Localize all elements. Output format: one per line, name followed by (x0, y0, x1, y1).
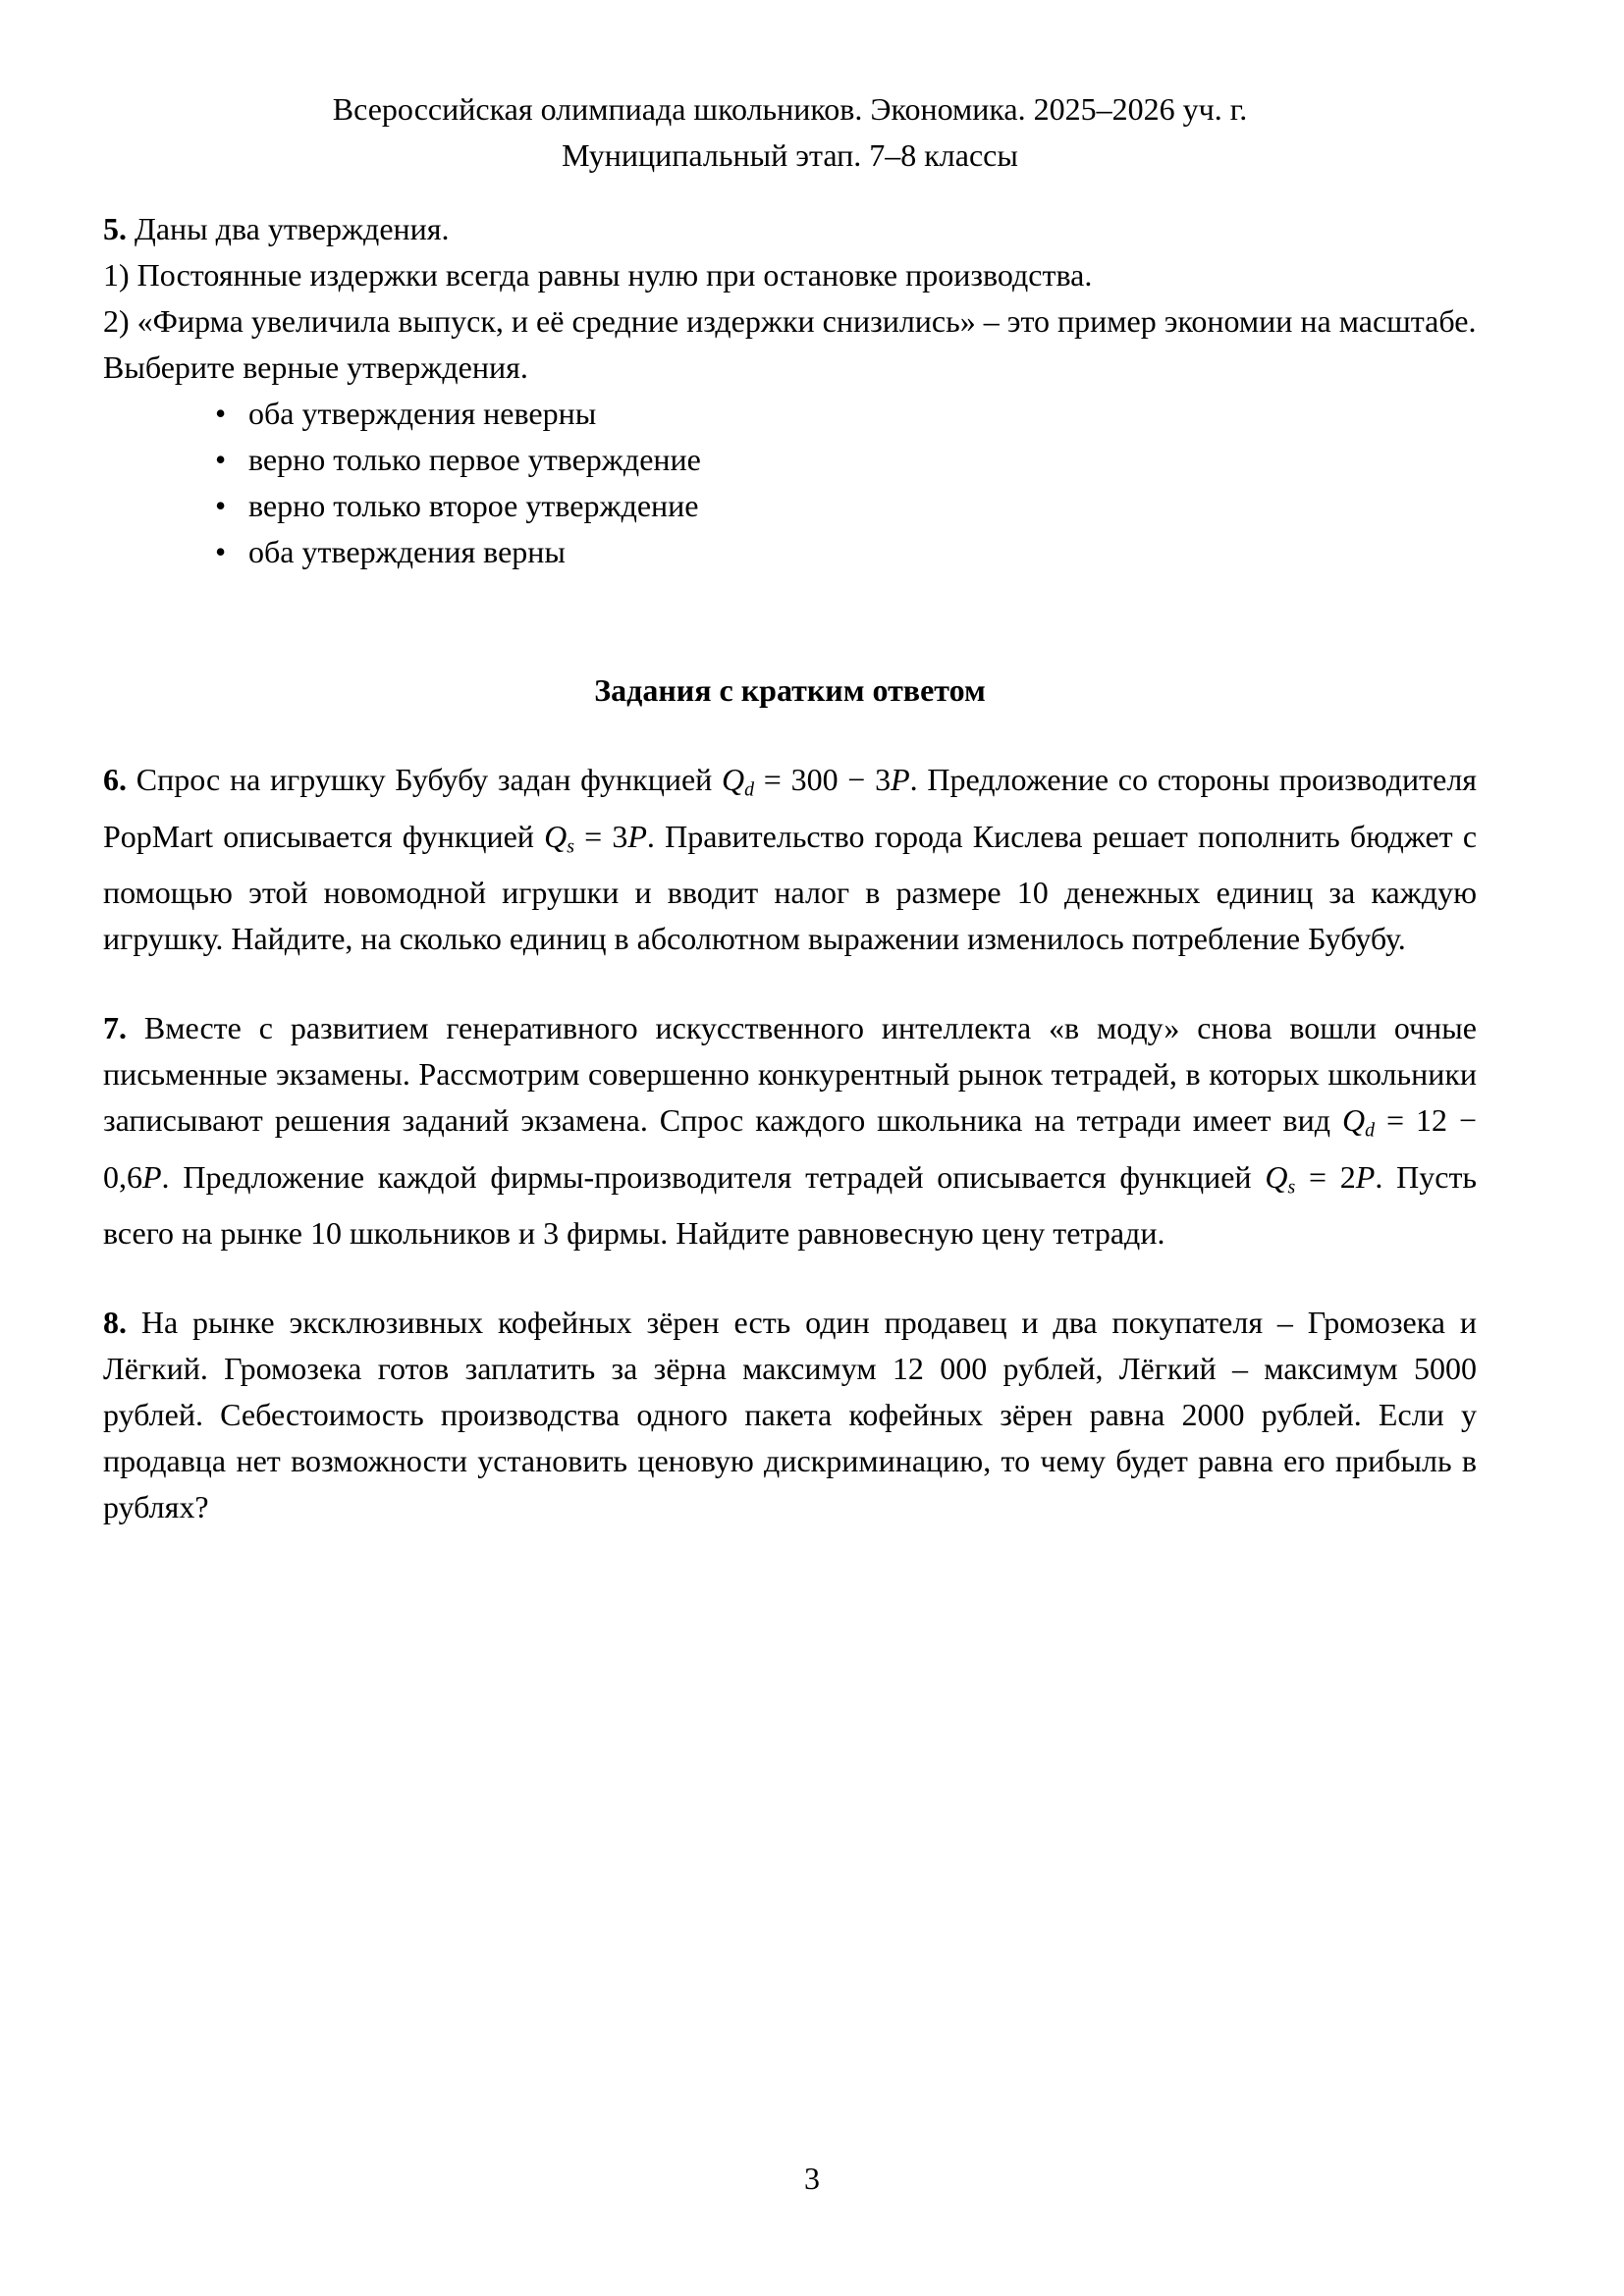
question-5-statement-1: 1) Постоянные издержки всегда равны нулю… (103, 252, 1477, 298)
text-run: P (891, 762, 910, 797)
text-run: P (627, 819, 647, 854)
text-run: . Предложение каждой фирмы-производителя… (162, 1159, 1266, 1195)
text-run: На рынке эксклюзивных кофейных зёрен ест… (103, 1305, 1477, 1524)
question-7-paragraph: 7. Вместе с развитием генеративного иску… (103, 1005, 1477, 1256)
question-5-options-list: оба утверждения неверны верно только пер… (103, 391, 1477, 575)
text-run: = 300 − 3 (754, 762, 891, 797)
text-run: s (1287, 1176, 1295, 1198)
text-run: Вместе с развитием генеративного искусст… (103, 1010, 1477, 1138)
text-run: = 3 (574, 819, 627, 854)
question-5-choose-prompt: Выберите верные утверждения. (103, 345, 1477, 391)
text-run: Q (722, 762, 744, 797)
page-number: 3 (0, 2156, 1624, 2202)
question-5-statement-2: 2) «Фирма увеличила выпуск, и её средние… (103, 298, 1477, 345)
text-run: d (744, 779, 754, 801)
section-title: Задания с кратким ответом (103, 667, 1477, 714)
header-line-2: Муниципальный этап. 7–8 классы (103, 133, 1477, 179)
option-item: оба утверждения неверны (248, 391, 1477, 437)
page-content: Всероссийская олимпиада школьников. Экон… (0, 0, 1624, 1530)
text-run: Даны два утверждения. (127, 211, 450, 246)
text-run: 8. (103, 1305, 127, 1340)
question-6-paragraph: 6. Спрос на игрушку Бубубу задан функцие… (103, 757, 1477, 962)
option-item: верно только первое утверждение (248, 437, 1477, 483)
text-run: d (1365, 1120, 1375, 1142)
text-run: P (1356, 1159, 1376, 1195)
text-run: Q (1342, 1102, 1365, 1138)
option-item: оба утверждения верны (248, 529, 1477, 575)
question-5: 5. Даны два утверждения. 1) Постоянные и… (103, 206, 1477, 575)
text-run: 7. (103, 1010, 127, 1045)
question-5-intro: 5. Даны два утверждения. (103, 206, 1477, 252)
text-run: 6. (103, 762, 127, 797)
text-run: 5. (103, 211, 127, 246)
text-run: s (567, 835, 574, 857)
text-run: = 2 (1295, 1159, 1356, 1195)
document-page: Всероссийская олимпиада школьников. Экон… (0, 0, 1624, 2296)
text-run: Q (544, 819, 567, 854)
option-item: верно только второе утверждение (248, 483, 1477, 529)
header-line-1: Всероссийская олимпиада школьников. Экон… (103, 86, 1477, 133)
question-8-paragraph: 8. На рынке эксклюзивных кофейных зёрен … (103, 1300, 1477, 1530)
page-header: Всероссийская олимпиада школьников. Экон… (103, 86, 1477, 179)
text-run: Q (1265, 1159, 1287, 1195)
text-run: P (142, 1159, 162, 1195)
text-run: Спрос на игрушку Бубубу задан функцией (127, 762, 722, 797)
